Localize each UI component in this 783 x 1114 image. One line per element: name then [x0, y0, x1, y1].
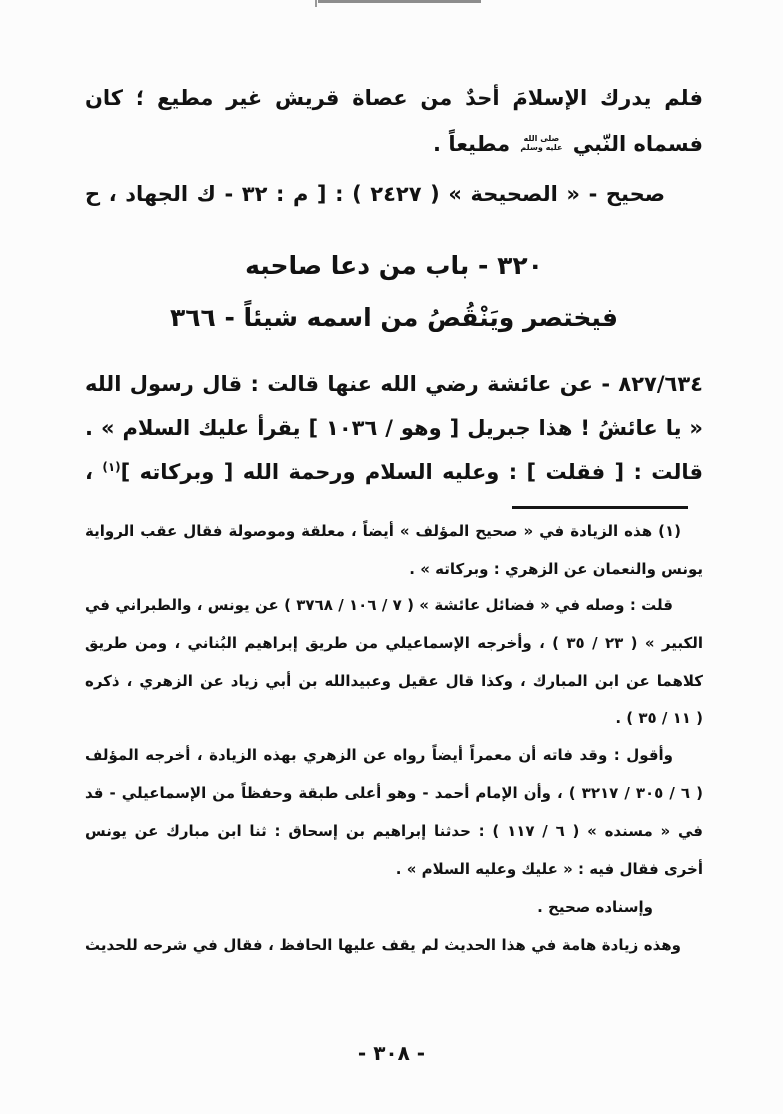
chapter-title-line-1: ٣٢٠ - باب من دعا صاحبه — [85, 246, 703, 290]
hadith-line-3-text: قالت : [ فقلت ] : وعليه السلام ورحمة الل… — [121, 460, 703, 484]
intro-line-2-text: فسماه النّبي — [573, 132, 703, 156]
salla-ligature: صلى الله عليه وسلم — [520, 134, 562, 152]
footnote-line-1: (١) هذه الزيادة في « صحيح المؤلف » أيضاً… — [85, 518, 703, 547]
salla-bottom: عليه وسلم — [520, 143, 562, 152]
scan-artifact-tick — [315, 0, 317, 7]
footnote-line-2: يونس والنعمان عن الزهري : وبركاته » . — [85, 556, 703, 585]
intro-line-2: فسماه النّبي صلى الله عليه وسلم مطيعاً . — [85, 126, 703, 164]
footnote-line-7: وأقول : وقد فاته أن معمراً أيضاً رواه عن… — [85, 742, 703, 771]
page-number: - ٣٠٨ - — [0, 1038, 783, 1068]
footnote-line-5: كلاهما عن ابن المبارك ، وكذا قال عقيل وع… — [85, 668, 703, 697]
hadith-line-1: ٨٢٧/٦٣٤ - عن عائشة رضي الله عنها قالت : … — [85, 366, 703, 404]
hadith-line-2: « يا عائشُ ! هذا جبريل [ وهو / ١٠٣٦ ] يق… — [85, 410, 703, 448]
chapter-title-line-2: فيختصر ويَنْقُصُ من اسمه شيئاً - ٣٦٦ — [85, 298, 703, 342]
grading-line: صحيح - « الصحيحة » ( ٢٤٢٧ ) : [ م : ٣٢ -… — [85, 176, 703, 214]
footnote-line-3: قلت : وصله في « فضائل عائشة » ( ٧ / ١٠٦ … — [85, 592, 703, 621]
intro-line-2-tail: مطيعاً . — [433, 132, 510, 156]
book-page: فلم يدرك الإسلامَ أحدٌ من عصاة قريش غير … — [0, 0, 783, 1114]
footnote-line-11: وإسناده صحيح . — [85, 894, 703, 923]
footnote-line-12: وهذه زيادة هامة في هذا الحديث لم يقف علي… — [85, 932, 703, 961]
footnote-divider — [512, 506, 688, 509]
footnote-line-8: ( ٦ / ٣٠٥ / ٣٢١٧ ) ، وأن الإمام أحمد - و… — [85, 780, 703, 809]
hadith-line-3: قالت : [ فقلت ] : وعليه السلام ورحمة الل… — [85, 454, 703, 492]
footnote-line-10: أخرى فقال فيه : « عليك وعليه السلام » . — [85, 856, 703, 885]
intro-line-1: فلم يدرك الإسلامَ أحدٌ من عصاة قريش غير … — [85, 80, 703, 118]
hadith-line-1-text: ٨٢٧/٦٣٤ - عن عائشة رضي الله عنها قالت : … — [85, 372, 703, 396]
footnote-line-6: ( ١١ / ٣٥ ) . — [85, 705, 703, 734]
footnote-line-9: في « مسنده » ( ٦ / ١١٧ ) : حدثنا إبراهيم… — [85, 818, 703, 847]
scan-artifact-line — [318, 0, 481, 3]
footnote-reference-1: (١) — [102, 460, 120, 474]
footnote-line-4: الكبير » ( ٢٣ / ٣٥ ) ، وأخرجه الإسماعيلي… — [85, 630, 703, 659]
salla-top: صلى الله — [524, 134, 560, 143]
